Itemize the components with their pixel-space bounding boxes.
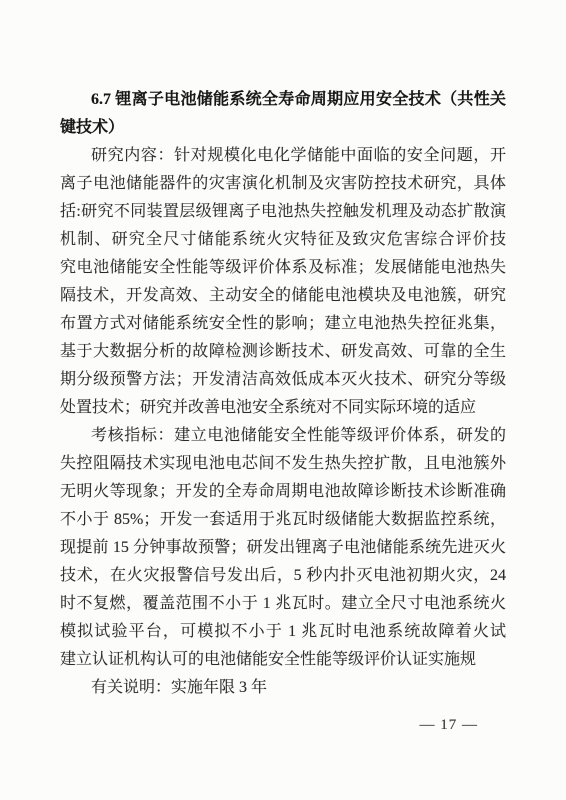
section-heading-line: 6.7 锂离子电池储能系统全寿命周期应用安全技术（共性关	[60, 86, 506, 114]
body-text-line: 期分级预警方法；开发清洁高效低成本灭火技术、研究分等级应急	[60, 366, 506, 394]
body-text-line: 处置技术；研究并改善电池安全系统对不同实际环境的适应性。	[60, 394, 506, 422]
body-text-line: 建立认证机构认可的电池储能安全性能等级评价认证实施规则。	[60, 646, 506, 674]
body-text-line: 失控阻隔技术实现电池电芯间不发生热失控扩散，且电池簇外部	[60, 450, 506, 478]
section-heading-line: 键技术）	[60, 114, 506, 142]
page-number: — 17 —	[60, 711, 506, 739]
body-text-line: 研究内容：针对规模化电化学储能中面临的安全问题，开展锂	[60, 142, 506, 170]
body-text-line: 不小于 85%；开发一套适用于兆瓦时级储能大数据监控系统，实	[60, 506, 506, 534]
document-page: 6.7 锂离子电池储能系统全寿命周期应用安全技术（共性关 键技术） 研究内容：针…	[0, 0, 566, 800]
body-text-line: 模拟试验平台，可模拟不小于 1 兆瓦时电池系统故障着火试验；	[60, 618, 506, 646]
body-text-line: 考核指标：建立电池储能安全性能等级评价体系，研发的热	[60, 422, 506, 450]
body-text-line: 布置方式对储能系统安全性的影响；建立电池热失控征兆集，发展	[60, 310, 506, 338]
body-text-line: 时不复燃，覆盖范围不小于 1 兆瓦时。建立全尺寸电池系统火灾	[60, 590, 506, 618]
body-text-line: 有关说明：实施年限 3 年	[60, 674, 506, 702]
body-text-line: 基于大数据分析的故障检测诊断技术、研发高效、可靠的全生命周	[60, 338, 506, 366]
body-text-line: 离子电池储能器件的灾害演化机制及灾害防控技术研究，具体包	[60, 170, 506, 198]
body-text-line: 现提前 15 分钟事故预警；研发出锂离子电池储能系统先进灭火	[60, 534, 506, 562]
body-text-line: 隔技术，开发高效、主动安全的储能电池模块及电池簇，研究不同	[60, 282, 506, 310]
body-text-line: 括:研究不同装置层级锂离子电池热失控触发机理及动态扩散演变	[60, 198, 506, 226]
body-text-line: 技术，在火灾报警信号发出后，5 秒内扑灭电池初期火灾，24 小	[60, 562, 506, 590]
body-text-line: 无明火等现象；开发的全寿命周期电池故障诊断技术诊断准确率	[60, 478, 506, 506]
body-text-line: 机制、研究全尺寸储能系统火灾特征及致灾危害综合评价技术、研	[60, 226, 506, 254]
body-text-line: 究电池储能安全性能等级评价体系及标准；发展储能电池热失控阻	[60, 254, 506, 282]
document-body: 6.7 锂离子电池储能系统全寿命周期应用安全技术（共性关 键技术） 研究内容：针…	[60, 86, 506, 702]
